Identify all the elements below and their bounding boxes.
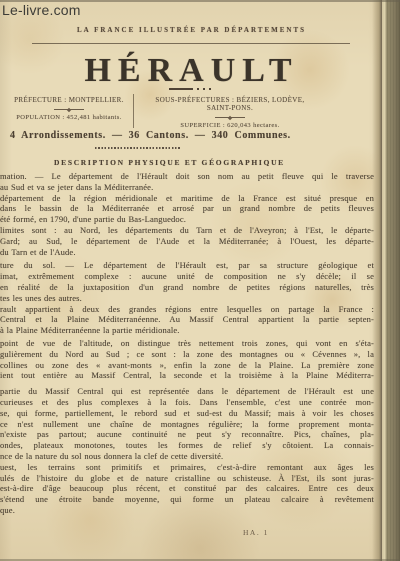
body-line: département de la région méridionale et …	[0, 193, 374, 204]
body-text: mation. — Le département de l'Hérault do…	[0, 171, 374, 516]
body-line: rault appartient à deux des grandes régi…	[0, 304, 374, 315]
sous-prefectures-line-2: SAINT-PONS.	[146, 104, 314, 112]
body-line: tes les unes des autres.	[0, 293, 374, 304]
body-line: ulés de l'histoire du globe et de nature…	[0, 473, 374, 484]
section-heading: DESCRIPTION PHYSIQUE ET GÉOGRAPHIQUE	[54, 158, 285, 167]
body-line: imat, extrêmement complexe : aucune unit…	[0, 271, 374, 282]
ornament-dash	[169, 88, 193, 90]
body-line: ture du sol. — Le département de l'Hérau…	[0, 260, 374, 271]
ornament-left	[54, 107, 84, 112]
ornament-dots	[196, 87, 214, 91]
info-column-left: PRÉFECTURE : MONTPELLIER. POPULATION : 4…	[4, 96, 134, 122]
signature-mark: HA. 1	[243, 528, 269, 537]
body-line: s'étend une étroite bande moyenne, qui f…	[0, 494, 374, 505]
body-line: dans le bassin de la Méditerranée et arr…	[0, 203, 374, 214]
title-ornament	[169, 86, 215, 91]
body-line: collines ou zone des « avant-monts », en…	[0, 360, 374, 371]
body-line: est-à-dire d'âge beaucoup plus récent, e…	[0, 483, 374, 494]
body-line: Gard; au Sud, le département de l'Aude e…	[0, 236, 374, 247]
body-line: à la Plaine Méditerranéenne la partie mé…	[0, 325, 374, 336]
divisions-rule	[95, 147, 180, 149]
body-line: curieuses et des plus complexes à la foi…	[0, 397, 374, 408]
series-title: LA FRANCE ILLUSTRÉE PAR DÉPARTEMENTS	[0, 26, 383, 34]
body-line: mation. — Le département de l'Hérault do…	[0, 171, 374, 182]
page-title: HÉRAULT	[0, 52, 383, 90]
sous-prefectures-line-1: SOUS-PRÉFECTURES : BÉZIERS, LODÈVE,	[146, 96, 314, 104]
body-line: du Tarn et de l'Aude.	[0, 247, 374, 258]
body-line: point de vue de l'altitude, on distingue…	[0, 338, 374, 349]
scanned-book-page: Le-livre.com LA FRANCE ILLUSTRÉE PAR DÉP…	[0, 0, 400, 561]
series-rule	[32, 43, 350, 44]
body-line: gulièrement du Nord au Sud ; ce sont : l…	[0, 349, 374, 360]
body-line: que.	[0, 505, 374, 516]
book-edge-strip	[387, 0, 400, 561]
body-line: uest, les terrains sont primitifs et pri…	[0, 462, 374, 473]
body-line: ient tout entière au Massif Central, la …	[0, 370, 374, 381]
body-line: limites sont : au Nord, les départements…	[0, 225, 374, 236]
body-line: en réalité de la juxtaposition d'un gran…	[0, 282, 374, 293]
divisions-line: 4 Arrondissements. — 36 Cantons. — 340 C…	[10, 130, 310, 141]
body-line: été formé, en 1790, d'une partie du Bas-…	[0, 214, 374, 225]
body-line: nce de la nature du sol nous donnera la …	[0, 451, 374, 462]
info-divider	[133, 94, 134, 128]
body-line: n'existe pas partout; aucune continuité …	[0, 429, 374, 440]
superficie-line: SUPERFICIE : 620,043 hectares.	[146, 122, 314, 130]
population-line: POPULATION : 452,481 habitants.	[4, 114, 134, 122]
body-line: ondes, plateaux monotones, toutes les fo…	[0, 440, 374, 451]
body-line: se, qui forme, partiellement, le rebord …	[0, 408, 374, 419]
prefecture-line: PRÉFECTURE : MONTPELLIER.	[4, 96, 134, 104]
body-line: ce n'est nullement une chaîne de montagn…	[0, 419, 374, 430]
body-line: Central et la Plaine Méditerranéenne. Au…	[0, 314, 374, 325]
body-line: partie du Massif Central qui est représe…	[0, 386, 374, 397]
body-line: au Sud et va se jeter dans la Méditerran…	[0, 182, 374, 193]
info-column-right: SOUS-PRÉFECTURES : BÉZIERS, LODÈVE, SAIN…	[146, 96, 314, 130]
seller-watermark: Le-livre.com	[2, 2, 81, 18]
ornament-right	[215, 115, 245, 120]
